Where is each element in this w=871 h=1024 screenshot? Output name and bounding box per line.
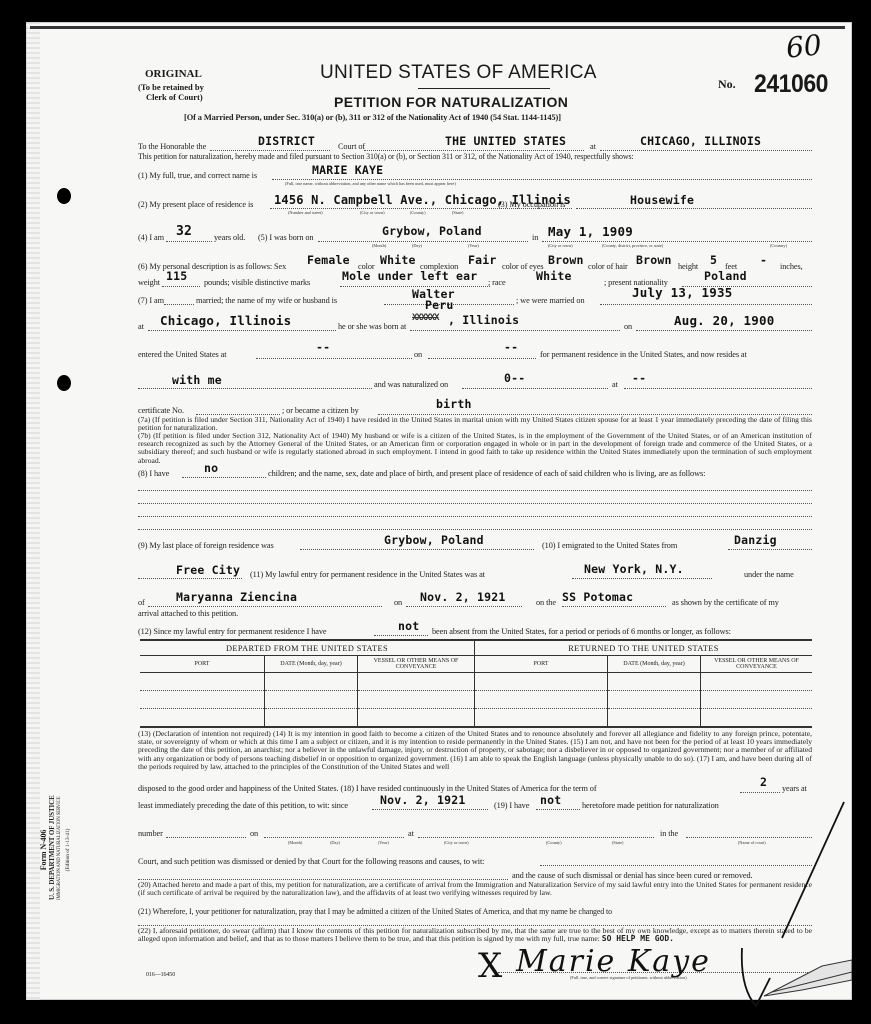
q4-label: (4) I am	[138, 233, 164, 242]
of-label: of	[138, 598, 145, 607]
title-rule	[418, 88, 550, 89]
table-row	[140, 709, 812, 728]
entered-label: entered the United States at	[138, 350, 226, 359]
page-edge	[26, 22, 40, 1000]
residence-hint: (County)	[410, 210, 426, 215]
vessel-value: SS Potomac	[562, 590, 633, 604]
table-cell	[475, 709, 608, 728]
q19-suffix: heretofore made petition for naturalizat…	[582, 801, 719, 810]
q22-text: (22) I, aforesaid petitioner, do swear (…	[138, 927, 812, 943]
entry-name-value: Maryanna Ziencina	[176, 590, 297, 604]
spouse-birth-place-value: , Illinois	[448, 313, 519, 327]
court-at-label: at	[590, 142, 596, 151]
number-at-label: at	[408, 829, 414, 838]
children-value: no	[204, 461, 218, 475]
residence-hint: (State)	[452, 210, 463, 215]
q8-label: (8) I have	[138, 469, 169, 478]
q2-label: (2) My present place of residence is	[138, 200, 253, 209]
court-name: THE UNITED STATES	[445, 134, 566, 148]
weight-value: 115	[166, 269, 187, 283]
height-feet-value: 5	[710, 253, 717, 267]
naturalized-date-value: 0--	[504, 371, 525, 385]
absence-table: DEPARTED FROM THE UNITED STATES RETURNED…	[140, 639, 812, 728]
table-cell	[358, 691, 475, 709]
table-cell	[475, 691, 608, 709]
table-cell	[701, 691, 813, 709]
entry-port-value: New York, N.Y.	[584, 562, 684, 576]
q5-label: (5) I was born on	[258, 233, 313, 242]
q1-hint: (Full, true name, without abbreviation, …	[285, 181, 456, 186]
q3-label: (3) My occupation is	[498, 200, 565, 209]
q20-text: (20) Attached hereto and made a part of …	[138, 881, 812, 897]
page-curl	[762, 950, 852, 1000]
oath-text: SO HELP ME GOD.	[602, 934, 674, 943]
weight-label: weight	[138, 278, 160, 287]
punch-hole-icon	[57, 188, 71, 204]
table-cell	[265, 673, 358, 691]
court-type: DISTRICT	[258, 134, 315, 148]
married-on-label: ; we were married on	[516, 296, 585, 305]
birth-hint: (City or town)	[548, 243, 573, 248]
sex-value: Female	[307, 253, 350, 267]
on-the-label: on the	[536, 598, 556, 607]
side-form: Form N-406	[40, 800, 48, 900]
since-label: least immediately preceding the date of …	[138, 801, 348, 810]
full-name-value: MARIE KAYE	[312, 163, 383, 177]
entered-place-value: --	[316, 340, 330, 354]
number-hint: (Month)	[288, 840, 302, 845]
pounds-label: pounds; visible distinctive marks	[204, 278, 310, 287]
occupation-value: Housewife	[630, 193, 694, 207]
birth-hint: (Month)	[372, 243, 386, 248]
table-cell	[140, 691, 265, 709]
shown-by-text: as shown by the certificate of my	[672, 598, 779, 607]
table-row	[140, 673, 812, 691]
table-cell	[265, 709, 358, 728]
q7b-text: (7b) (If petition is filed under Section…	[138, 432, 812, 465]
birth-hint: (County, district, province, or state)	[602, 243, 663, 248]
hair-value: Brown	[636, 253, 672, 267]
table-cell	[608, 691, 701, 709]
col-header: DATE (Month, day, year)	[608, 656, 701, 673]
q21-text: (21) Wherefore, I, your petitioner for n…	[138, 907, 612, 916]
spouse-residence-value: with me	[172, 373, 222, 387]
document-subtitle: PETITION FOR NATURALIZATION	[334, 94, 568, 110]
table-cell	[358, 673, 475, 691]
cured-text: and the cause of such dismissal or denia…	[512, 871, 753, 880]
marriage-place-value: Chicago, Illinois	[160, 313, 291, 328]
court-prefix: To the Honorable the	[138, 142, 206, 151]
hair-label: color of hair	[588, 262, 628, 271]
table-cell	[140, 709, 265, 728]
side-edition: (Edition of 1-13-41)	[64, 800, 72, 900]
q18-text: disposed to the good order and happiness…	[138, 784, 597, 793]
q12-suffix: been absent from the United States, for …	[432, 627, 731, 636]
emigrated-from-value: Danzig	[734, 533, 777, 547]
height-inches-value: -	[760, 253, 767, 267]
entry-on-label: on	[394, 598, 402, 607]
race-value: White	[536, 269, 572, 283]
punch-hole-icon	[57, 375, 71, 391]
entered-suffix: for permanent residence in the United St…	[540, 350, 747, 359]
age-value: 32	[176, 224, 192, 239]
q22-body: (22) I, aforesaid petitioner, do swear (…	[138, 926, 812, 943]
residence-years-value: 2	[760, 775, 767, 789]
q6-label: (6) My personal description is as follow…	[138, 262, 286, 271]
departed-header: DEPARTED FROM THE UNITED STATES	[140, 640, 475, 656]
table-cell	[140, 673, 265, 691]
q7a-text: (7a) (If petition is filed under Section…	[138, 416, 812, 432]
naturalized-at-label: at	[612, 380, 618, 389]
absent-value: not	[398, 619, 419, 633]
table-cell	[475, 673, 608, 691]
col-header: VESSEL OR OTHER MEANS OF CONVEYANCE	[701, 656, 813, 673]
color-value: White	[380, 253, 416, 267]
handwritten-number: 60	[784, 28, 823, 65]
citizen-by-value: birth	[436, 397, 472, 411]
table-cell	[265, 691, 358, 709]
under-name-label: under the name	[744, 570, 794, 579]
q10-label: (10) I emigrated to the United States fr…	[542, 541, 677, 550]
spouse-birth-date-value: Aug. 20, 1900	[674, 313, 774, 328]
q19-label: (19) I have	[494, 801, 529, 810]
number-hint: (Day)	[330, 840, 340, 845]
col-header: PORT	[475, 656, 608, 673]
col-header: DATE (Month, day, year)	[265, 656, 358, 673]
arrival-attached-text: arrival attached to this petition.	[138, 609, 238, 618]
q8-suffix: children; and the name, sex, date and pl…	[268, 469, 705, 478]
number-on-label: on	[250, 829, 258, 838]
table-cell	[701, 673, 813, 691]
certificate-label: certificate No.	[138, 406, 184, 415]
petitioner-signature: Marie Kaye	[516, 944, 711, 979]
spouse-born-on-label: on	[624, 322, 632, 331]
table-cell	[358, 709, 475, 728]
side-form-block: Form N-406 U. S. DEPARTMENT OF JUSTICE I…	[40, 800, 72, 900]
since-date-value: Nov. 2, 1921	[380, 793, 465, 807]
spouse-birth-place-correction: Peru	[425, 298, 454, 312]
signature-mark: X	[478, 946, 502, 986]
height-label: height	[678, 262, 698, 271]
table-cell	[701, 709, 813, 728]
col-header: VESSEL OR OTHER MEANS OF CONVEYANCE	[358, 656, 475, 673]
birth-hint: (Country)	[770, 243, 787, 248]
marriage-at-label: at	[138, 322, 144, 331]
number-label: No.	[718, 77, 736, 92]
side-service: IMMIGRATION AND NATURALIZATION SERVICE	[56, 800, 64, 900]
retained-note: (To be retained by	[138, 82, 204, 92]
q11-label: (11) My lawful entry for permanent resid…	[250, 570, 485, 579]
document-title: UNITED STATES OF AMERICA	[320, 62, 597, 84]
petition-intro: This petition for naturalization, hereby…	[138, 152, 634, 161]
last-foreign-residence-value: Grybow, Poland	[384, 533, 484, 547]
in-the-label: in the	[660, 829, 678, 838]
birth-hint: (Day)	[412, 243, 422, 248]
eyes-value: Brown	[548, 253, 584, 267]
spouse-birth-place-struck: XXXXXX	[412, 313, 439, 323]
q18-post: years at	[782, 784, 807, 793]
q4-suffix: years old.	[214, 233, 245, 242]
q12-label: (12) Since my lawful entry for permanent…	[138, 627, 327, 636]
born-at-label: he or she was born at	[338, 322, 406, 331]
retained-note: Clerk of Court)	[146, 92, 203, 102]
original-label: ORIGINAL	[145, 68, 202, 80]
marks-value: Mole under left ear	[342, 269, 477, 283]
naturalized-place-value: --	[632, 371, 646, 385]
entered-date-value: --	[504, 340, 518, 354]
q1-label: (1) My full, true, and correct name is	[138, 171, 257, 180]
nationality-value: Poland	[704, 269, 747, 283]
birth-hint: (Year)	[468, 243, 479, 248]
returned-header: RETURNED TO THE UNITED STATES	[475, 640, 813, 656]
table-cell	[608, 673, 701, 691]
number-label: number	[138, 829, 163, 838]
number-hint: (State)	[612, 840, 623, 845]
birth-date-value: May 1, 1909	[548, 224, 633, 239]
table-row	[140, 691, 812, 709]
citizen-by-label: ; or became a citizen by	[282, 406, 359, 415]
q9-label: (9) My last place of foreign residence w…	[138, 541, 274, 550]
side-dept: U. S. DEPARTMENT OF JUSTICE	[48, 800, 56, 900]
prior-petition-value: not	[540, 793, 561, 807]
entry-date-value: Nov. 2, 1921	[420, 590, 505, 604]
top-border	[30, 26, 845, 29]
complexion-value: Fair	[468, 253, 497, 267]
residence-hint: (Number and street)	[288, 210, 323, 215]
naturalized-label: and was naturalized on	[374, 380, 448, 389]
court-location: CHICAGO, ILLINOIS	[640, 134, 761, 148]
number-hint: (Year)	[378, 840, 389, 845]
number-hint: (City or town)	[444, 840, 469, 845]
col-header: PORT	[140, 656, 265, 673]
inches-label: inches,	[780, 262, 803, 271]
race-label: ; race	[488, 278, 506, 287]
court-of-label: Court of	[338, 142, 365, 151]
q7-label: (7) I am	[138, 296, 164, 305]
q7-mid: married; the name of my wife or husband …	[196, 296, 337, 305]
petition-number: 241060	[754, 70, 828, 99]
document-subheading: [Of a Married Person, under Sec. 310(a) …	[184, 113, 561, 122]
birth-place-value: Grybow, Poland	[382, 224, 482, 238]
emigrated-country-value: Free City	[176, 563, 240, 577]
dismissed-text: Court, and such petition was dismissed o…	[138, 857, 484, 866]
declarations-13-17: (13) (Declaration of intention not requi…	[138, 730, 812, 771]
in-label: in	[532, 233, 538, 242]
residence-hint: (City or town)	[360, 210, 385, 215]
entered-on-label: on	[414, 350, 422, 359]
form-code: 016—16450	[146, 972, 175, 978]
marriage-date-value: July 13, 1935	[632, 285, 732, 300]
table-cell	[608, 709, 701, 728]
number-hint: (County)	[546, 840, 562, 845]
